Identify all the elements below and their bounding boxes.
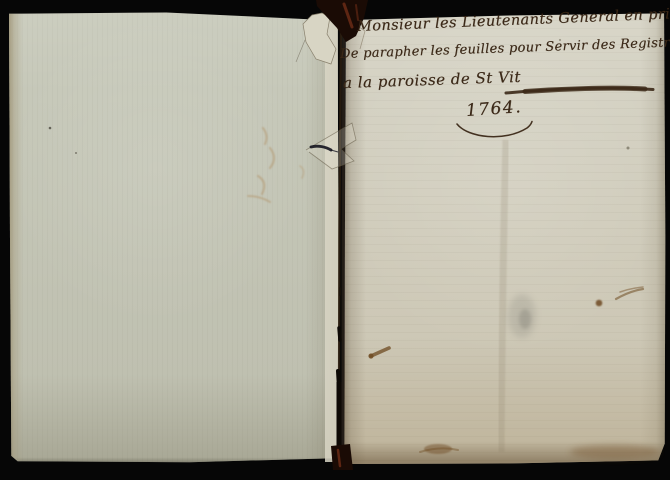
inscription-line-1: Monsieur les Lieutenants General en prié…	[357, 7, 670, 35]
manuscript-scan: Monsieur les Lieutenants General en prié…	[0, 0, 670, 480]
year-mark: 1764.	[465, 99, 522, 120]
inscription-line-2: De parapher les feuilles pour Servir des…	[340, 36, 670, 61]
inscription-line-3: a la paroisse de St Vit	[343, 70, 521, 91]
inscription-block: Monsieur les Lieutenants General en prié…	[0, 0, 670, 480]
